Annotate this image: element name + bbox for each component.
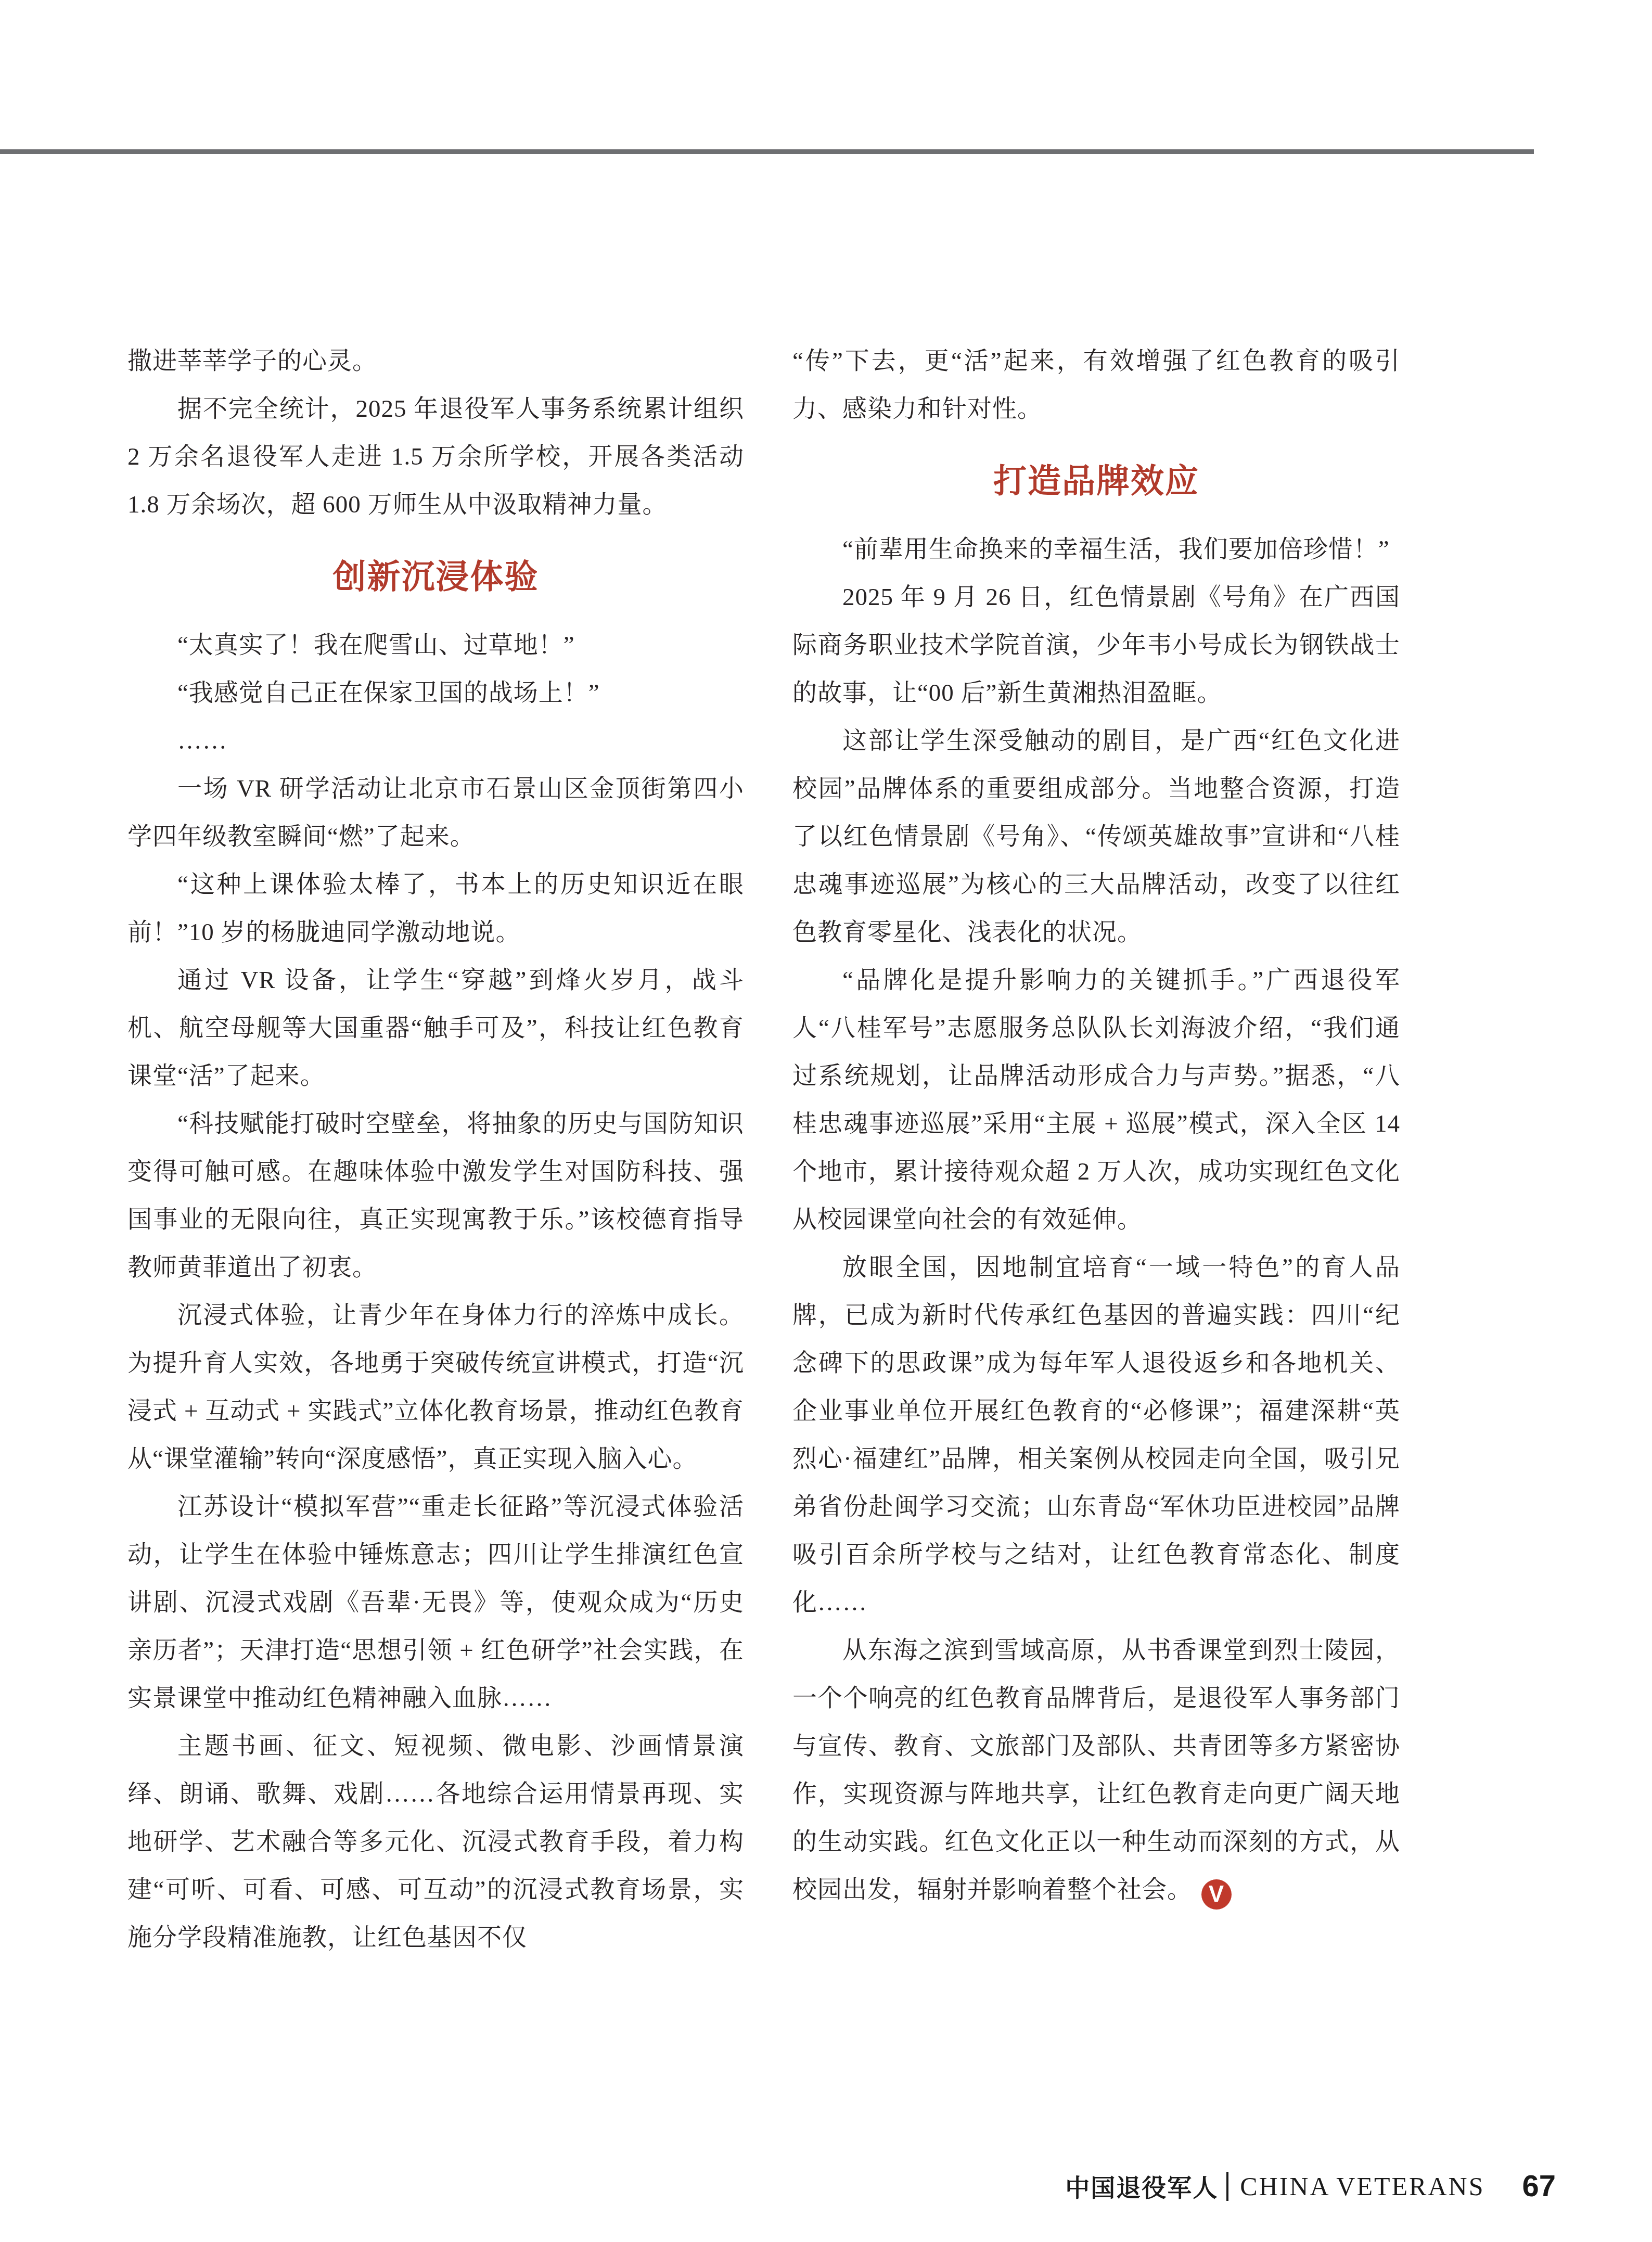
paragraph: “前辈用生命换来的幸福生活，我们要加倍珍惜！” — [792, 526, 1400, 573]
right-column: “传”下去，更“活”起来，有效增强了红色教育的吸引力、感染力和针对性。 打造品牌… — [792, 337, 1400, 1962]
article-body: 撒进莘莘学子的心灵。 据不完全统计，2025 年退役军人事务系统累计组织 2 万… — [127, 337, 1400, 1962]
paragraph: 江苏设计“模拟军营”“重走长征路”等沉浸式体验活动，让学生在体验中锤炼意志；四川… — [127, 1483, 744, 1722]
paragraph: 沉浸式体验，让青少年在身体力行的淬炼中成长。为提升育人实效，各地勇于突破传统宣讲… — [127, 1291, 744, 1483]
paragraph: 一场 VR 研学活动让北京市石景山区金顶街第四小学四年级教室瞬间“燃”了起来。 — [127, 765, 744, 861]
paragraph: “太真实了！我在爬雪山、过草地！” — [127, 621, 744, 669]
paragraph-text: 从东海之滨到雪域高原，从书香课堂到烈士陵园，一个个响亮的红色教育品牌背后，是退役… — [792, 1637, 1400, 1903]
paragraph: 这部让学生深受触动的剧目，是广西“红色文化进校园”品牌体系的重要组成部分。当地整… — [792, 717, 1400, 956]
paragraph: “品牌化是提升影响力的关键抓手。”广西退役军人“八桂军号”志愿服务总队队长刘海波… — [792, 956, 1400, 1244]
left-column: 撒进莘莘学子的心灵。 据不完全统计，2025 年退役军人事务系统累计组织 2 万… — [127, 337, 744, 1962]
paragraph: “这种上课体验太棒了，书本上的历史知识近在眼前！”10 岁的杨胧迪同学激动地说。 — [127, 861, 744, 956]
section-heading-brand-effect: 打造品牌效应 — [792, 433, 1400, 526]
paragraph: 通过 VR 设备，让学生“穿越”到烽火岁月，战斗机、航空母舰等大国重器“触手可及… — [127, 956, 744, 1100]
page-footer: 中国退役军人 CHINA VETERANS 67 — [1065, 2169, 1556, 2203]
paragraph: 放眼全国，因地制宜培育“一域一特色”的育人品牌，已成为新时代传承红色基因的普遍实… — [792, 1244, 1400, 1626]
paragraph: 撒进莘莘学子的心灵。 — [127, 337, 744, 385]
paragraph: 从东海之滨到雪域高原，从书香课堂到烈士陵园，一个个响亮的红色教育品牌背后，是退役… — [792, 1626, 1400, 1914]
paragraph: 据不完全统计，2025 年退役军人事务系统累计组织 2 万余名退役军人走进 1.… — [127, 385, 744, 529]
magazine-page: 撒进莘莘学子的心灵。 据不完全统计，2025 年退役军人事务系统累计组织 2 万… — [0, 0, 1652, 2242]
paragraph: 主题书画、征文、短视频、微电影、沙画情景演绎、朗诵、歌舞、戏剧……各地综合运用情… — [127, 1722, 744, 1962]
article-end-v-icon: V — [1201, 1879, 1232, 1910]
top-rule — [0, 149, 1534, 154]
footer-divider — [1226, 2172, 1228, 2201]
magazine-title-chinese: 中国退役军人 — [1065, 2169, 1218, 2203]
paragraph: 2025 年 9 月 26 日，红色情景剧《号角》在广西国际商务职业技术学院首演… — [792, 573, 1400, 717]
page-number: 67 — [1522, 2169, 1556, 2203]
paragraph: …… — [127, 717, 744, 765]
magazine-title-english: CHINA VETERANS — [1240, 2171, 1484, 2201]
paragraph: “我感觉自己正在保家卫国的战场上！” — [127, 669, 744, 717]
paragraph: “科技赋能打破时空壁垒，将抽象的历史与国防知识变得可触可感。在趣味体验中激发学生… — [127, 1100, 744, 1291]
paragraph: “传”下去，更“活”起来，有效增强了红色教育的吸引力、感染力和针对性。 — [792, 337, 1400, 433]
section-heading-immersive-experience: 创新沉浸体验 — [127, 529, 744, 621]
